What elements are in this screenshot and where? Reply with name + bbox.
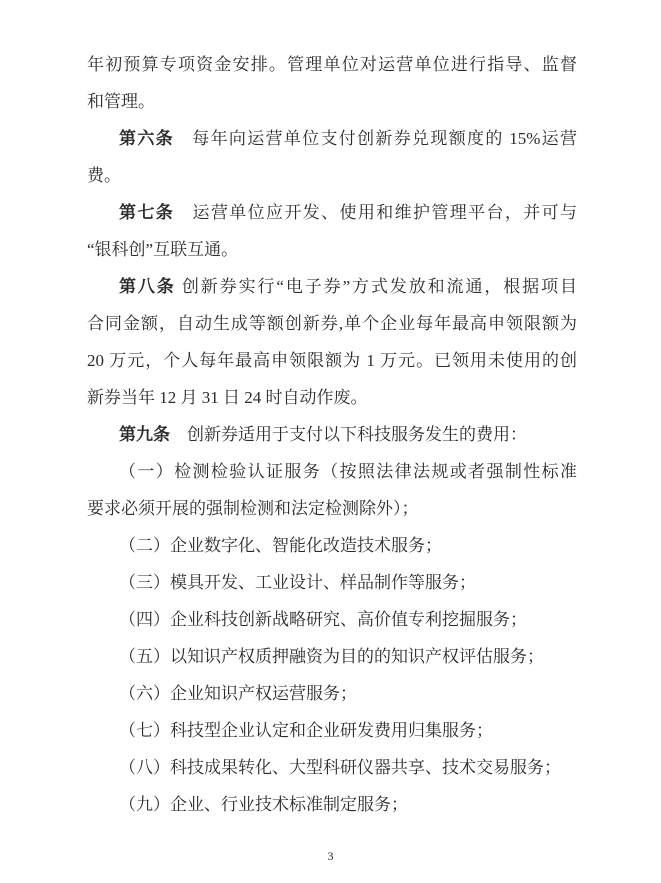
text-run: （九）企业、行业技术标准制定服务；: [119, 795, 408, 814]
article-number: 第九条: [119, 425, 170, 444]
text-run: 要求必须开展的强制检测和法定检测除外）；: [87, 499, 419, 518]
document-body: 年初预算专项资金安排。管理单位对运营单位进行指导、监督和管理。第六条 每年向运营…: [87, 46, 577, 823]
text-line: 第八条 创新券实行“电子券”方式发放和流通，根据项目: [87, 268, 577, 305]
text-run: （八）科技成果转化、大型科研仪器共享、技术交易服务；: [119, 758, 561, 777]
text-run: 新券当年 12 月 31 日 24 时自动作废。: [87, 388, 368, 407]
text-line: （六）企业知识产权运营服务；: [87, 675, 577, 712]
text-line: 合同金额，自动生成等额创新券,单个企业每年最高申领限额为: [87, 305, 577, 342]
text-run: 每年向运营单位支付创新券兑现额度的 15%运营: [174, 129, 577, 148]
text-line: （九）企业、行业技术标准制定服务；: [87, 786, 577, 823]
text-line: （八）科技成果转化、大型科研仪器共享、技术交易服务；: [87, 749, 577, 786]
document-page: 年初预算专项资金安排。管理单位对运营单位进行指导、监督和管理。第六条 每年向运营…: [0, 0, 661, 883]
text-run: （三）模具开发、工业设计、样品制作等服务；: [119, 573, 476, 592]
text-line: “银科创”互联互通。: [87, 231, 577, 268]
text-run: （二）企业数字化、智能化改造技术服务；: [119, 536, 442, 555]
article-number: 第六条: [119, 129, 174, 148]
page-number: 3: [0, 848, 661, 864]
text-run: 年初预算专项资金安排。管理单位对运营单位进行指导、监督: [87, 55, 577, 74]
text-line: 年初预算专项资金安排。管理单位对运营单位进行指导、监督: [87, 46, 577, 83]
text-run: （五）以知识产权质押融资为目的的知识产权评估服务；: [119, 647, 544, 666]
text-run: 创新券适用于支付以下科技服务发生的费用：: [170, 425, 527, 444]
text-line: 费。: [87, 157, 577, 194]
text-line: （一）检测检验认证服务（按照法律法规或者强制性标准: [87, 453, 577, 490]
text-line: 新券当年 12 月 31 日 24 时自动作废。: [87, 379, 577, 416]
text-run: 合同金额，自动生成等额创新券,单个企业每年最高申领限额为: [87, 314, 577, 333]
text-line: 第七条 运营单位应开发、使用和维护管理平台，并可与: [87, 194, 577, 231]
text-line: 20 万元，个人每年最高申领限额为 1 万元。已领用未使用的创: [87, 342, 577, 379]
text-run: 运营单位应开发、使用和维护管理平台，并可与: [174, 203, 577, 222]
text-run: （一）检测检验认证服务（按照法律法规或者强制性标准: [119, 462, 577, 481]
text-line: 第九条 创新券适用于支付以下科技服务发生的费用：: [87, 416, 577, 453]
text-line: 要求必须开展的强制检测和法定检测除外）；: [87, 490, 577, 527]
text-run: 费。: [87, 166, 121, 185]
text-line: （七）科技型企业认定和企业研发费用归集服务；: [87, 712, 577, 749]
text-run: （七）科技型企业认定和企业研发费用归集服务；: [119, 721, 493, 740]
text-line: 第六条 每年向运营单位支付创新券兑现额度的 15%运营: [87, 120, 577, 157]
text-line: （五）以知识产权质押融资为目的的知识产权评估服务；: [87, 638, 577, 675]
text-line: （三）模具开发、工业设计、样品制作等服务；: [87, 564, 577, 601]
text-run: 20 万元，个人每年最高申领限额为 1 万元。已领用未使用的创: [87, 351, 577, 370]
text-line: （二）企业数字化、智能化改造技术服务；: [87, 527, 577, 564]
text-line: 和管理。: [87, 83, 577, 120]
text-run: “银科创”互联互通。: [87, 240, 238, 259]
article-number: 第八条: [119, 277, 176, 296]
text-run: （六）企业知识产权运营服务；: [119, 684, 357, 703]
text-run: （四）企业科技创新战略研究、高价值专利挖掘服务；: [119, 610, 527, 629]
article-number: 第七条: [119, 203, 174, 222]
text-run: 和管理。: [87, 92, 155, 111]
text-run: 创新券实行“电子券”方式发放和流通，根据项目: [176, 277, 577, 296]
text-line: （四）企业科技创新战略研究、高价值专利挖掘服务；: [87, 601, 577, 638]
